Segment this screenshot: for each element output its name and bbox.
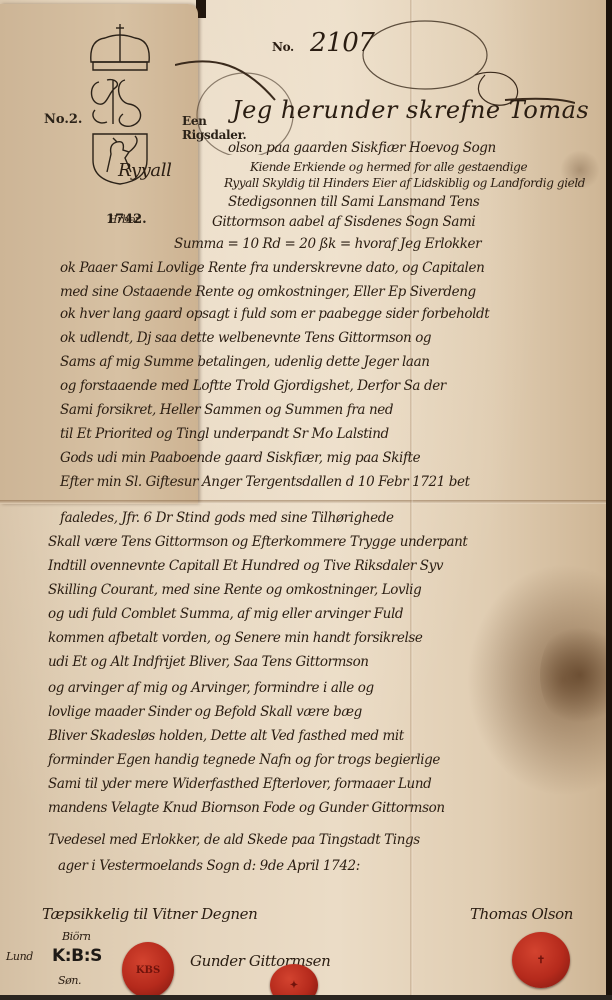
body-line: til Et Priorited og Tingl underpandt Sr … [60,426,389,442]
document-number-label: No. [272,40,294,54]
signature-note-son: Søn. [58,974,81,987]
body-line: ok Paaer Sami Lovlige Rente fra underskr… [60,260,484,276]
body-line: forminder Egen handig tegnede Nafn og fo… [48,752,440,768]
right-edge [606,0,612,1000]
body-line: Stedigsonnen till Sami Lansmand Tens [228,194,479,210]
body-line: lovlige maader Sinder og Befold Skall væ… [48,704,362,720]
witness-line: Tæpsikkelig til Vitner Degnen [42,905,257,923]
body-line: Summa = 10 Rd = 20 ßk = hvoraf Jeg Erlok… [174,236,481,252]
signature-thomas-olson: Thomas Olson [470,905,573,923]
body-line: Skall være Tens Gittormson og Efterkomme… [48,534,467,550]
body-line: Gittormson aabel af Sisdenes Sogn Sami [212,214,475,230]
body-line: Ryyall Skyldig til Hinders Eier af Lidsk… [224,176,585,190]
body-line: Skilling Courant, med sine Rente og omko… [48,582,421,598]
body-line: mandens Velagte Knud Biornson Fode og Gu… [48,800,445,816]
body-line: ager i Vestermoelands Sogn d: 9de April … [58,858,360,874]
body-line: og forstaaende med Loftte Trold Gjordigs… [60,378,446,394]
document-sheet: No.2. Een Rigsdaler. 1742. [0,0,612,1000]
document-number: 2107 [310,28,375,58]
body-line: og udi fuld Comblet Summa, af mig eller … [48,606,403,622]
document-heading: Jeg herunder skrefne Tomas [232,96,589,124]
signature-note-lund: Lund [6,950,33,963]
body-line: Efter min Sl. Giftesur Anger Tergentsdal… [60,474,470,490]
body-line: udi Et og Alt Indfrijet Bliver, Saa Tens… [48,654,369,670]
body-line: kommen afbetalt vorden, og Senere min ha… [48,630,422,646]
body-line: Gods udi min Paaboende gaard Siskfiær, m… [60,450,420,466]
body-line: Indtill ovennevnte Capitall Et Hundred o… [48,558,443,574]
bottom-edge [0,995,612,1000]
margin-note-below-year: Hrbor [108,213,140,226]
body-line: ok hver lang gaard opsagt i fuld som er … [60,306,489,322]
body-line: Tvedesel med Erlokker, de ald Skede paa … [48,832,420,848]
body-line: Sami til yder mere Widerfasthed Efterlov… [48,776,431,792]
body-line: med sine Ostaaende Rente og omkostninger… [60,284,476,300]
body-line: Kiende Erkiende og hermed for alle gesta… [250,160,527,174]
margin-flourish: Ryyall [118,160,171,181]
horizontal-fold [0,500,612,504]
signature-note-biorn: Biörn [62,930,91,943]
signature-gunder-gittormsen: Gunder Gittormsen [190,952,330,970]
wax-seal-cross: ✝ [512,932,570,988]
mark-kbs: K:B:S [52,946,102,966]
body-line: ok udlendt, Dj saa dette welbenevnte Ten… [60,330,431,346]
water-stain [540,620,612,730]
pen-flourish-icon [175,5,575,155]
body-line: Sams af mig Summe betalingen, udenlig de… [60,354,430,370]
body-line: Sami forsikret, Heller Sammen og Summen … [60,402,393,418]
body-line: faaledes, Jfr. 6 Dr Stind gods med sine … [60,510,394,526]
body-line: og arvinger af mig og Arvinger, formindr… [48,680,374,696]
body-line: olson paa gaarden Siskfiær Hoevog Sogn [228,140,496,156]
body-line: Bliver Skadesløs holden, Dette alt Ved f… [48,728,404,744]
wax-seal-kbs: KBS [122,942,174,998]
stamp-number: No.2. [44,112,82,127]
